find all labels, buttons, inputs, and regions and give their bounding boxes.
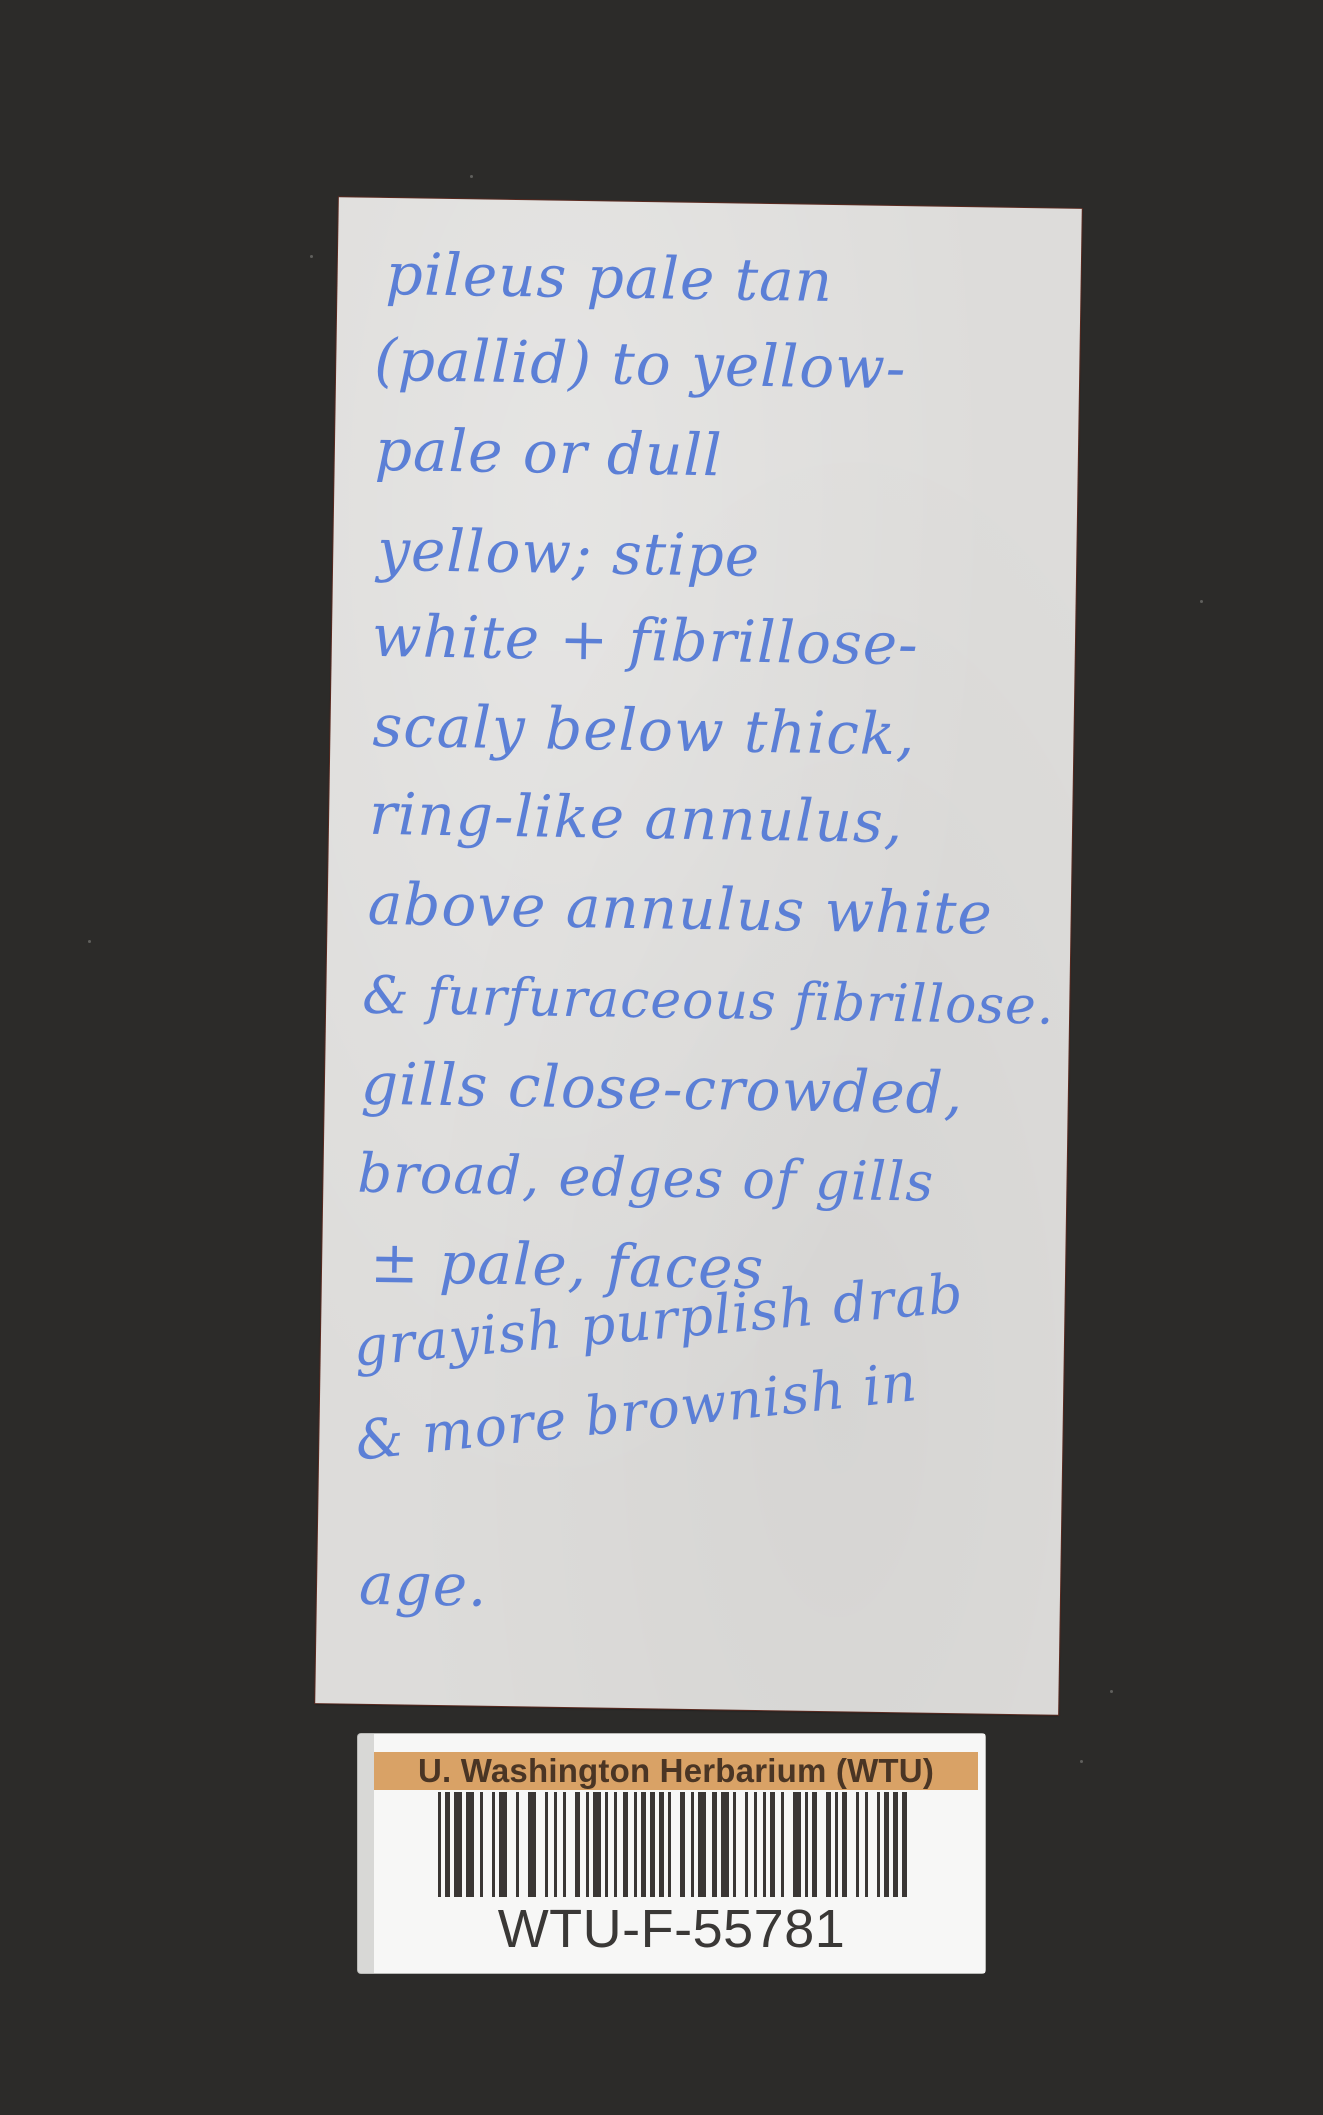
note-line-9: & furfuraceous fibrillose. [362, 966, 1055, 1037]
barcode-space [847, 1792, 856, 1897]
note-line-8: above annulus white [367, 870, 993, 948]
dust-speck [470, 175, 473, 178]
barcode [438, 1792, 907, 1897]
barcode-bar [793, 1792, 801, 1897]
institution-band: U. Washington Herbarium (WTU) [374, 1752, 978, 1790]
note-line-10: gills close-crowded, [360, 1050, 963, 1127]
dust-speck [310, 255, 313, 258]
note-line-4: yellow; stipe [377, 516, 761, 590]
barcode-bar [721, 1792, 729, 1897]
barcode-bar [593, 1792, 601, 1897]
institution-name: U. Washington Herbarium (WTU) [418, 1752, 934, 1790]
dust-speck [1110, 1690, 1113, 1693]
barcode-space [566, 1792, 575, 1897]
barcode-bar [466, 1792, 474, 1897]
catalog-number: WTU-F-55781 [358, 1898, 985, 1960]
barcode-bar [499, 1792, 507, 1897]
barcode-space [483, 1792, 492, 1897]
dust-speck [88, 940, 91, 943]
barcode-space [519, 1792, 528, 1897]
note-line-7: ring-like annulus, [369, 780, 904, 856]
barcode-space [868, 1792, 877, 1897]
handwritten-note-slip: pileus pale tan (pallid) to yellow- pale… [315, 197, 1082, 1714]
barcode-space [536, 1792, 545, 1897]
barcode-bar [454, 1792, 462, 1897]
barcode-bar [698, 1792, 706, 1897]
barcode-space [817, 1792, 826, 1897]
dust-speck [1200, 600, 1203, 603]
note-line-15: age. [359, 1550, 489, 1620]
note-line-11: broad, edges of gills [357, 1142, 935, 1214]
barcode-bar [902, 1792, 907, 1897]
note-line-5: white + fibrillose- [371, 602, 919, 679]
dust-speck [1080, 1760, 1083, 1763]
note-line-3: pale or dull [374, 416, 723, 489]
barcode-space [736, 1792, 745, 1897]
barcode-space [784, 1792, 793, 1897]
note-line-6: scaly below thick, [372, 692, 916, 769]
barcode-label: U. Washington Herbarium (WTU) WTU-F-5578… [358, 1734, 985, 1973]
note-line-2: (pallid) to yellow- [374, 326, 907, 402]
barcode-space [671, 1792, 680, 1897]
barcode-space [507, 1792, 516, 1897]
note-line-1: pileus pale tan [385, 240, 833, 315]
barcode-bar [528, 1792, 536, 1897]
